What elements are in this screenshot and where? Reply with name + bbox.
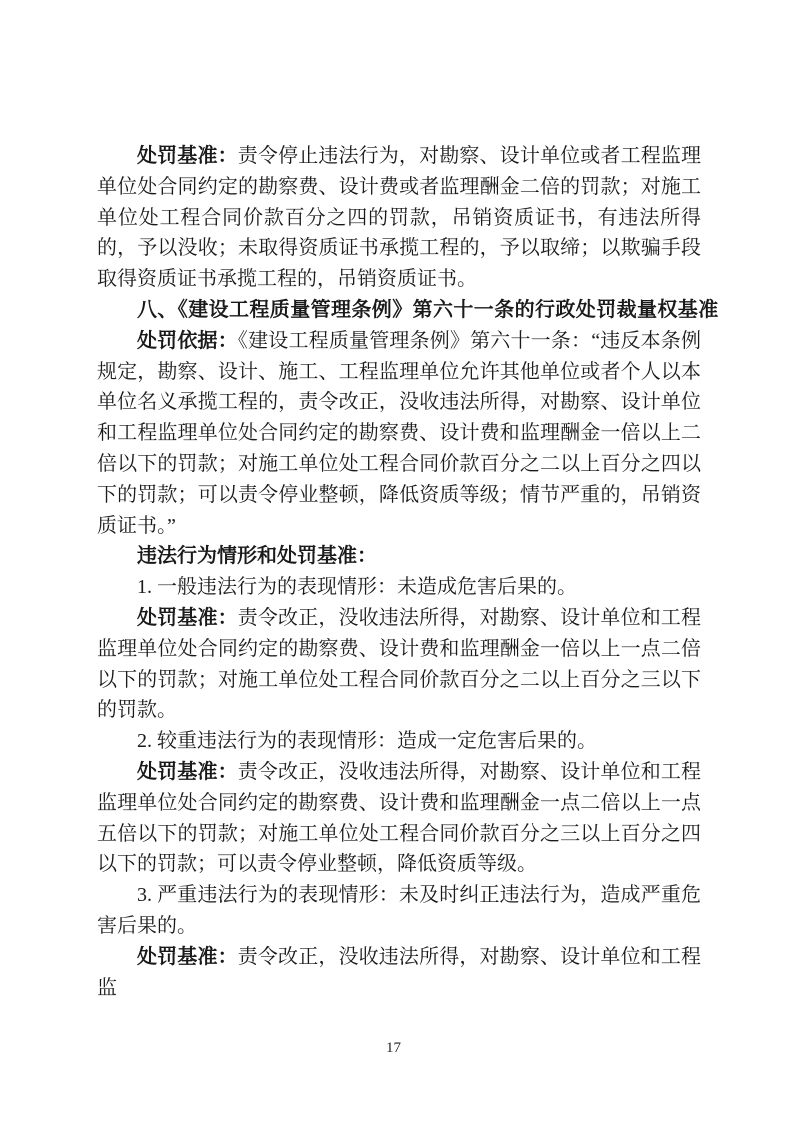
penalty-basis-label: 处罚依据： bbox=[137, 330, 238, 352]
penalty-standard-label: 处罚基准： bbox=[137, 145, 238, 167]
penalty-standard-3-label: 处罚基准： bbox=[137, 946, 238, 968]
violation-case-2: 2. 较重违法行为的表现情形：造成一定危害后果的。 bbox=[97, 726, 701, 757]
violation-case-1: 1. 一般违法行为的表现情形：未造成危害后果的。 bbox=[97, 572, 701, 603]
penalty-standard-paragraph: 处罚基准：责令停止违法行为，对勘察、设计单位或者工程监理单位处合同约定的勘察费、… bbox=[97, 141, 701, 295]
violation-case-3-text: 3. 严重违法行为的表现情形：未及时纠正违法行为，造成严重危害后果的。 bbox=[97, 884, 701, 937]
penalty-standard-paragraph-2: 处罚基准：责令改正，没收违法所得，对勘察、设计单位和工程监理单位处合同约定的勘察… bbox=[97, 757, 701, 880]
penalty-basis-paragraph: 处罚依据：《建设工程质量管理条例》第六十一条：“违反本条例规定，勘察、设计、施工… bbox=[97, 326, 701, 542]
violation-case-2-text: 2. 较重违法行为的表现情形：造成一定危害后果的。 bbox=[137, 730, 597, 752]
penalty-basis-text: 《建设工程质量管理条例》第六十一条：“违反本条例规定，勘察、设计、施工、工程监理… bbox=[97, 330, 701, 537]
penalty-standard-2-label: 处罚基准： bbox=[137, 761, 238, 783]
violation-case-3: 3. 严重违法行为的表现情形：未及时纠正违法行为，造成严重危害后果的。 bbox=[97, 880, 701, 942]
document-page: 处罚基准：责令停止违法行为，对勘察、设计单位或者工程监理单位处合同约定的勘察费、… bbox=[0, 0, 793, 1122]
penalty-standard-1-label: 处罚基准： bbox=[137, 607, 238, 629]
page-number: 17 bbox=[0, 1038, 787, 1058]
section-heading: 八、《建设工程质量管理条例》第六十一条的行政处罚裁量权基准 bbox=[97, 295, 701, 326]
penalty-standard-paragraph-1: 处罚基准：责令改正，没收违法所得，对勘察、设计单位和工程监理单位处合同约定的勘察… bbox=[97, 603, 701, 726]
violation-case-1-text: 1. 一般违法行为的表现情形：未造成危害后果的。 bbox=[137, 576, 577, 598]
document-body: 处罚基准：责令停止违法行为，对勘察、设计单位或者工程监理单位处合同约定的勘察费、… bbox=[97, 141, 701, 1003]
subsection-heading: 违法行为情形和处罚基准： bbox=[97, 541, 701, 572]
penalty-standard-paragraph-3: 处罚基准：责令改正，没收违法所得，对勘察、设计单位和工程监 bbox=[97, 942, 701, 1004]
